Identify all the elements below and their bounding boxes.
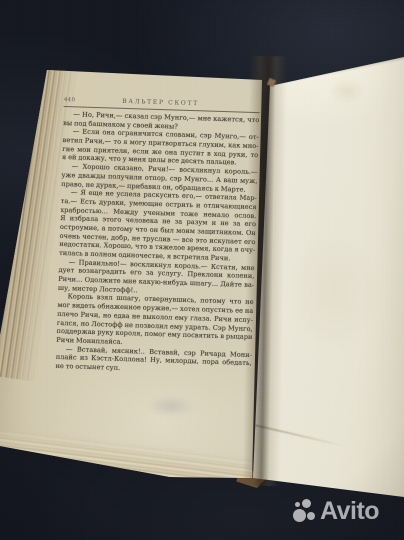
text-column: 440 ВАЛЬТЕР СКОТТ — Но, Ричи,— сказал сэ… [55,96,260,377]
paper-stain [330,80,364,102]
avito-watermark: Avito [293,499,379,523]
page-number: 440 [64,97,76,103]
book-photo: 440 ВАЛЬТЕР СКОТТ — Но, Ричи,— сказал сэ… [0,0,404,540]
avito-logo-icon [293,499,317,523]
book-gutter [242,56,287,487]
avito-brand-text: Avito [320,499,379,523]
body-text: — Но, Ричи,— сказал сэр Мунго,— мне каже… [55,110,259,377]
paper-stain [290,230,380,350]
page-bottom-edges [0,424,279,509]
paper-stain [148,396,194,416]
